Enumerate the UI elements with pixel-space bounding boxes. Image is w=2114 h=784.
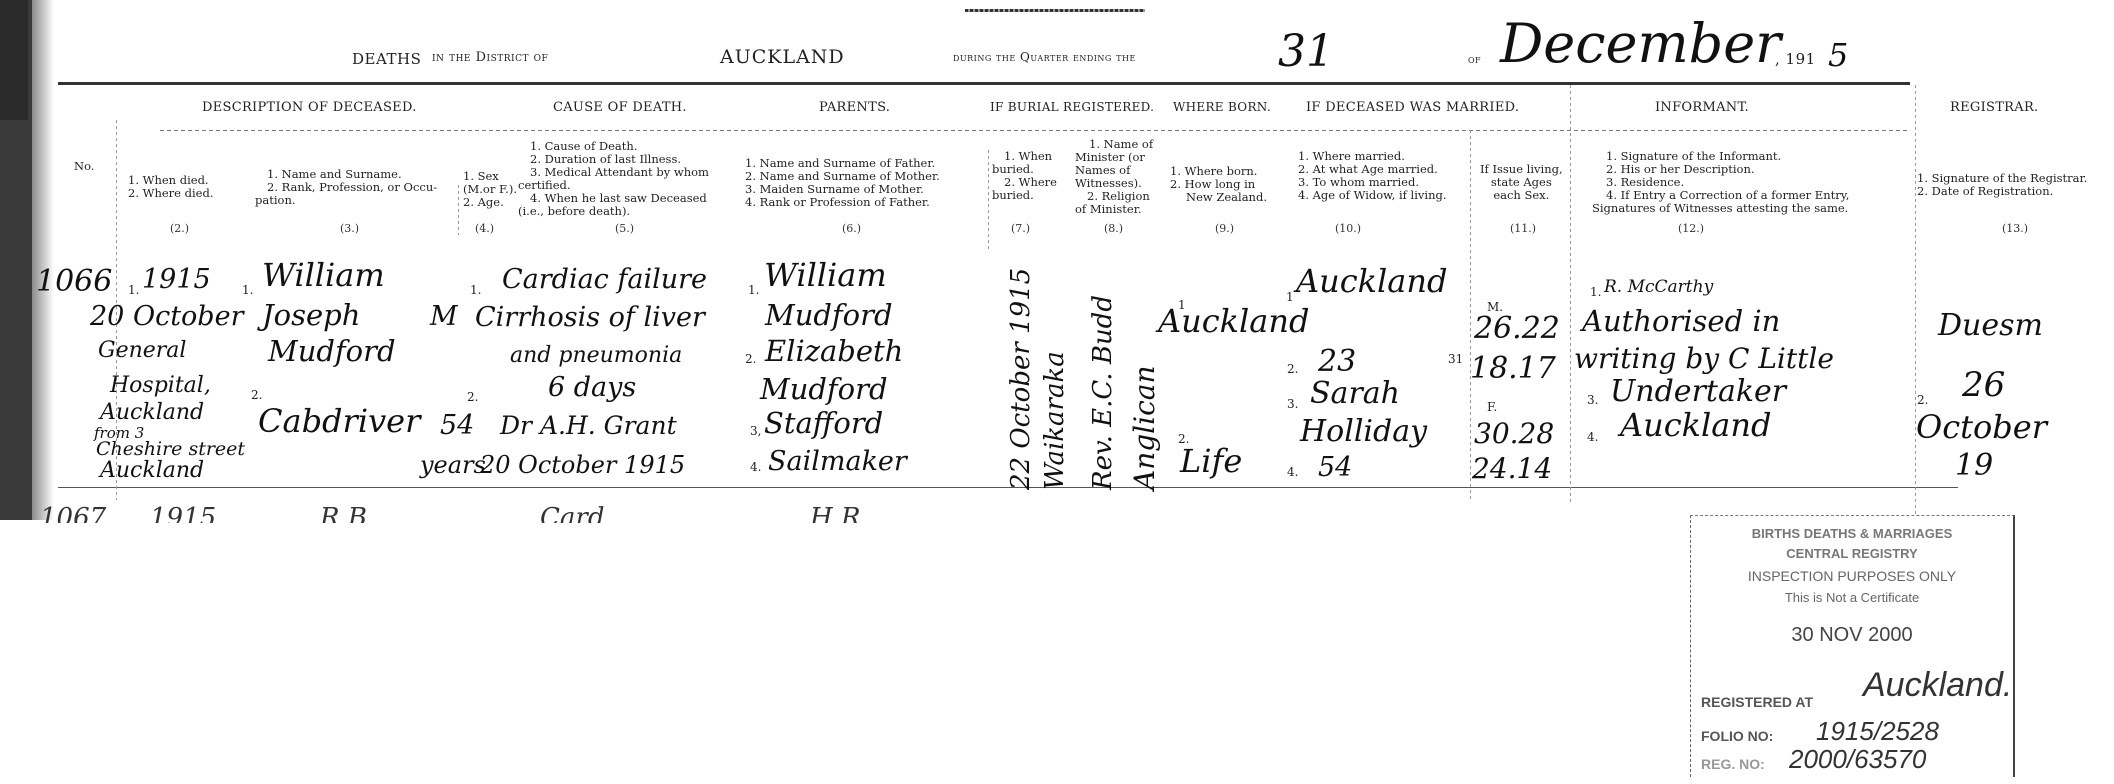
header-ornament-rule — [965, 9, 1145, 12]
stamp-line-1: BIRTHS DEATHS & MARRIAGES — [1691, 526, 2013, 541]
entry-number: 1066 — [36, 268, 112, 295]
col-header-name: 1. Name and Surname.2. Rank, Profession,… — [255, 168, 437, 207]
col-num-4: (4.) — [475, 222, 494, 235]
widow-age: 54 — [1318, 454, 1352, 481]
death-date: 20 October — [90, 303, 243, 330]
cause-3: and pneumonia — [510, 345, 682, 367]
stamp-line-2: CENTRAL REGISTRY — [1691, 546, 2013, 561]
group-married: IF DECEASED WAS MARRIED. — [1306, 100, 1519, 115]
col-num-12: (12.) — [1678, 222, 1704, 235]
col-header-registrar: 1. Signature of the Registrar.2. Date of… — [1917, 172, 2087, 198]
label-1: 1. — [748, 283, 759, 297]
col-num-6: (6.) — [842, 222, 861, 235]
label-2: 2. — [467, 390, 478, 404]
label-2: 2. — [1917, 393, 1928, 407]
married-to-surname: Holliday — [1300, 418, 1427, 445]
divider-registrar — [1915, 85, 1916, 515]
label-3: 3. — [1587, 393, 1598, 407]
label-4: 4. — [1587, 430, 1598, 444]
label-1: 1 — [1286, 290, 1294, 304]
registry-stamp: BIRTHS DEATHS & MARRIAGES CENTRAL REGIST… — [1690, 515, 2015, 777]
where-married: Auckland — [1296, 268, 1447, 295]
registration-year: 19 — [1955, 452, 1993, 479]
of-label: of — [1468, 52, 1481, 66]
mother-surname: Mudford — [760, 376, 888, 403]
col-num-7: (7.) — [1011, 222, 1030, 235]
religion: Anglican — [1128, 366, 1161, 491]
deaths-label: DEATHS — [352, 50, 421, 68]
scan-edge-shadow-top — [0, 0, 28, 120]
quarter-year-prefix: , 191 — [1775, 50, 1816, 68]
name-middle: Joseph — [262, 302, 360, 329]
col-num-8: (8.) — [1104, 222, 1123, 235]
married-to-first: Sarah — [1310, 380, 1400, 407]
quarter-label: during the Quarter ending the — [953, 50, 1136, 64]
label-4: 4. — [750, 460, 761, 474]
col-header-no: No. — [74, 160, 94, 173]
mother-maiden: Stafford — [764, 410, 883, 437]
label-3: 3, — [750, 424, 761, 438]
where-born: Auckland — [1158, 308, 1309, 335]
registration-month: October — [1916, 414, 2047, 441]
age: 54 — [440, 412, 474, 439]
last-seen: 20 October 1915 — [480, 452, 685, 479]
header-rule — [58, 82, 1910, 85]
divider-sex — [458, 185, 459, 235]
age-married: 23 — [1318, 348, 1356, 375]
col-header-married: 1. Where married.2. At what Age married.… — [1298, 150, 1447, 202]
stamp-registered-at: Auckland. — [1863, 666, 2012, 705]
issue-male-1: 26.22 — [1474, 315, 1560, 342]
col-header-burial: 1. Whenburied.2. Whereburied. — [992, 150, 1057, 202]
where-died-6: Auckland — [100, 460, 204, 482]
label-1: 1. — [470, 283, 481, 297]
informant-residence: Auckland — [1620, 412, 1771, 439]
stamp-folio-label: FOLIO NO: — [1701, 728, 1773, 744]
col-header-sex-age: 1. Sex(M.or F.).2. Age. — [463, 170, 517, 209]
district-of-label: in the District of — [432, 50, 548, 65]
label-1: 1. — [1590, 285, 1601, 299]
informant-title: Undertaker — [1610, 378, 1786, 405]
issue-male-2: 18.17 — [1470, 355, 1556, 382]
stamp-folio: 1915/2528 — [1816, 716, 1939, 747]
name-surname: Mudford — [268, 338, 396, 365]
col-header-minister: 1. Name ofMinister (orNames ofWitnesses)… — [1075, 138, 1153, 216]
quarter-month: December — [1500, 12, 1781, 75]
where-died-5: Cheshire street — [96, 438, 245, 460]
stamp-reg: 2000/63570 — [1789, 744, 1926, 775]
age-unit: years — [420, 452, 486, 479]
issue-female-label: F. — [1487, 400, 1497, 414]
col-header-informant: 1. Signature of the Informant.2. His or … — [1592, 150, 1849, 215]
informant-description-1: Authorised in — [1582, 308, 1780, 335]
group-registrar: REGISTRAR. — [1950, 100, 2038, 115]
group-born: WHERE BORN. — [1173, 100, 1271, 114]
duration: 6 days — [548, 374, 636, 401]
occupation: Cabdriver — [258, 408, 420, 435]
stamp-line-4: This is Not a Certificate — [1691, 590, 2013, 605]
where-died-3: Auckland — [100, 402, 204, 424]
divider-burial — [988, 150, 989, 250]
subheader-rule — [160, 130, 1910, 131]
col-header-cause: 1. Cause of Death.2. Duration of last Il… — [518, 140, 709, 218]
cause-1: Cardiac failure — [502, 266, 707, 293]
informant-description-2: writing by C Little — [1574, 345, 1834, 372]
issue-female-1: 30.28 — [1474, 420, 1554, 447]
stamp-reg-label: REG. NO: — [1701, 756, 1765, 772]
col-num-11: (11.) — [1510, 222, 1536, 235]
father-first: William — [764, 262, 887, 289]
sex: M — [430, 303, 458, 330]
registrar-signature: Duesm — [1938, 312, 2043, 339]
mother-first: Elizabeth — [765, 338, 903, 365]
label-2: 2. — [745, 352, 756, 366]
label-4: 4. — [1287, 465, 1298, 479]
quarter-year-suffix: 5 — [1828, 36, 1848, 74]
group-burial: IF BURIAL REGISTERED. — [990, 100, 1154, 114]
col-num-9: (9.) — [1215, 222, 1234, 235]
medical-attendant: Dr A.H. Grant — [500, 412, 677, 439]
registration-day: 26 — [1962, 372, 2005, 399]
label-1: 1. — [128, 283, 139, 297]
divider-issue — [1470, 130, 1471, 500]
col-header-when-died: 1. When died.2. Where died. — [128, 174, 213, 200]
group-parents: PARENTS. — [819, 100, 890, 115]
father-profession: Sailmaker — [768, 448, 907, 475]
col-num-13: (13.) — [2002, 222, 2028, 235]
group-informant: INFORMANT. — [1655, 100, 1749, 115]
how-long-nz: Life — [1180, 448, 1242, 475]
label-3: 3. — [1287, 397, 1298, 411]
where-buried: Waikaraka — [1040, 351, 1070, 490]
where-died-2: Hospital, — [110, 375, 211, 397]
stamp-registered-at-label: REGISTERED AT — [1701, 694, 1813, 710]
when-buried: 22 October 1915 — [1006, 268, 1036, 490]
col-header-born: 1. Where born.2. How long inNew Zealand. — [1170, 165, 1267, 204]
death-year: 1915 — [142, 266, 211, 293]
col-num-10: (10.) — [1335, 222, 1361, 235]
group-description: DESCRIPTION OF DECEASED. — [202, 100, 417, 115]
col-num-3: (3.) — [340, 222, 359, 235]
divider-informant — [1570, 85, 1571, 505]
cause-2: Cirrhosis of liver — [475, 304, 705, 331]
stamp-line-3: INSPECTION PURPOSES ONLY — [1691, 568, 2013, 584]
label-2: 2. — [1287, 362, 1298, 376]
district-name: AUCKLAND — [720, 46, 845, 68]
minister: Rev. E.C. Budd — [1088, 295, 1118, 490]
issue-female-2: 24.14 — [1472, 455, 1552, 482]
group-cause: CAUSE OF DEATH. — [553, 100, 687, 115]
col-header-issue: If Issue living,state Ageseach Sex. — [1480, 163, 1563, 202]
name-first: William — [262, 262, 385, 289]
col-num-2: (2.) — [170, 222, 189, 235]
label-1: 1. — [242, 283, 253, 297]
next-entry-cutoff: 1067 1915 R.B Card H.R — [40, 505, 1640, 523]
stamp-date: 30 NOV 2000 — [1691, 624, 2013, 647]
quarter-day: 31 — [1278, 26, 1334, 77]
informant-signature: R. McCarthy — [1604, 280, 1713, 295]
label-2: 2. — [251, 388, 262, 402]
col-num-5: (5.) — [615, 222, 634, 235]
col-header-parents: 1. Name and Surname of Father.2. Name an… — [745, 157, 940, 209]
father-surname: Mudford — [765, 302, 893, 329]
where-died-1: General — [98, 340, 186, 362]
issue-note: 31 — [1448, 352, 1463, 366]
